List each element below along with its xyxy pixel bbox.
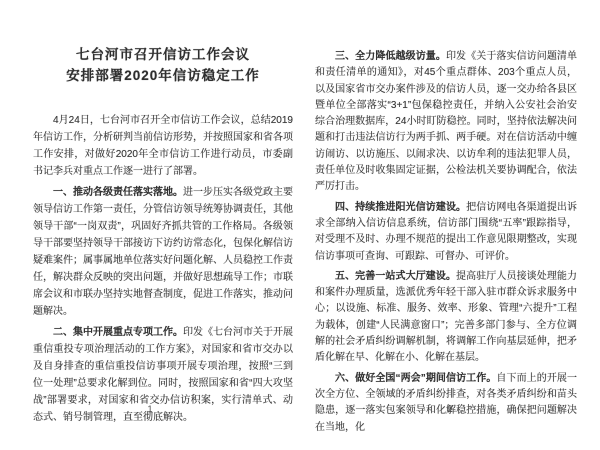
document-spread: 七台河市召开信访工作会议 安排部署2020年信访稳定工作 4月24日，七台河市召…: [0, 0, 600, 450]
paragraph-text: 4月24日，七台河市召开全市信访工作会议，总结2019年信访工作，分析研判当前信…: [33, 115, 293, 177]
paragraph: 三、全力降低越级访量。印发《关于落实信访问题清单和责任清单的通知》，对45个重点…: [315, 49, 577, 196]
paragraph-text: 提高驻厅人员接谈处理能力和案件办理质量，选派优秀年轻干部入驻市群众诉求服务中心；…: [315, 271, 577, 363]
paragraph-lead: 一、推动各级责任落实落地。: [53, 187, 183, 198]
page-2: 三、全力降低越级访量。印发《关于落实信访问题清单和责任清单的通知》，对45个重点…: [315, 49, 577, 436]
paragraph-text: 印发《关于落实信访问题清单和责任清单的通知》，对45个重点群体、203个重点人员…: [315, 51, 577, 192]
paragraph: 一、推动各级责任落实落地。进一步压实各级党政主要领导信访工作第一责任，分管信访领…: [33, 184, 293, 320]
page-1: 七台河市召开信访工作会议 安排部署2020年信访稳定工作 4月24日，七台河市召…: [33, 44, 293, 426]
paragraph: 五、完善一站式大厅建设。提高驻厅人员接谈处理能力和案件办理质量，选派优秀年轻干部…: [315, 269, 577, 367]
paragraph-lead: 三、全力降低越级访量。: [335, 51, 446, 62]
title-line-2: 安排部署2020年信访稳定工作: [33, 65, 293, 86]
document-title: 七台河市召开信访工作会议 安排部署2020年信访稳定工作: [33, 44, 293, 86]
paragraph-lead: 六、做好全国“两会”期间信访工作。: [335, 373, 496, 384]
title-line-1: 七台河市召开信访工作会议: [33, 44, 293, 65]
paragraph-text: 进一步压实各级党政主要领导信访工作第一责任，分管信访领导统筹协调责任，其他领导干…: [33, 187, 293, 317]
page-1-body: 4月24日，七台河市召开全市信访工作会议，总结2019年信访工作，分析研判当前信…: [33, 112, 293, 426]
page-number-1: 1: [0, 404, 300, 414]
paragraph: 4月24日，七台河市召开全市信访工作会议，总结2019年信访工作，分析研判当前信…: [33, 112, 293, 180]
paragraph-lead: 二、集中开展重点专项工作。: [53, 327, 183, 338]
page-2-body: 三、全力降低越级访量。印发《关于落实信访问题清单和责任清单的通知》，对45个重点…: [315, 49, 577, 436]
page-number-2: 2: [300, 404, 600, 414]
paragraph-lead: 四、持续推进阳光信访建设。: [335, 202, 466, 213]
paragraph: 四、持续推进阳光信访建设。把信访网电各渠道提出诉求全部纳入信访信息系统，信访部门…: [315, 200, 577, 265]
paragraph-lead: 五、完善一站式大厅建设。: [335, 271, 456, 282]
